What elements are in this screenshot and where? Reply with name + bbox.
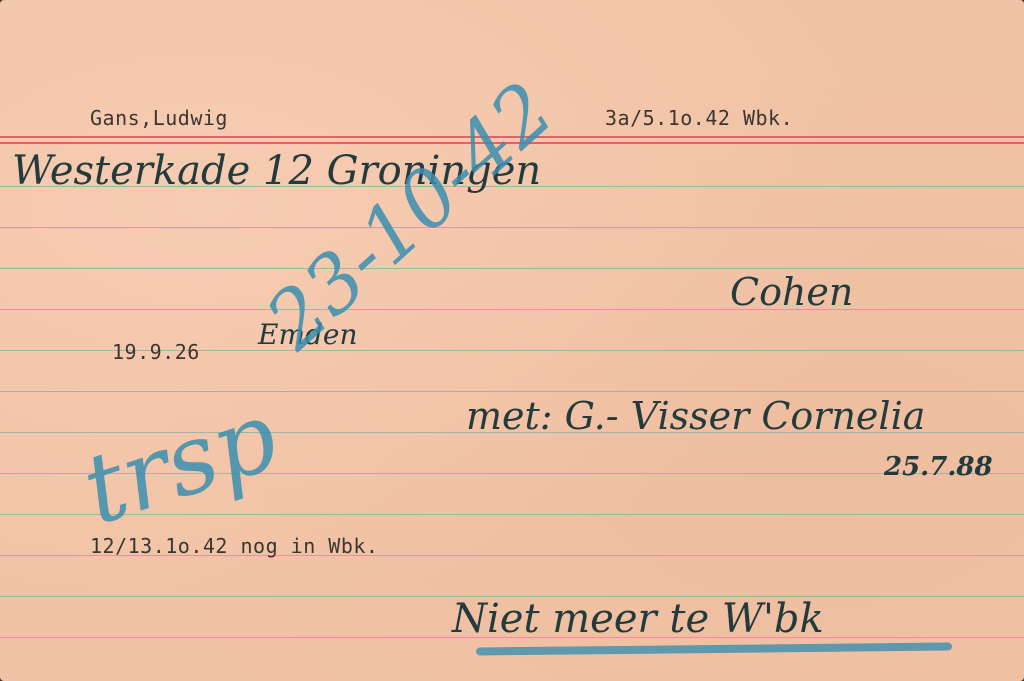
index-card: Gans,Ludwig 3a/5.1o.42 Wbk. 19.9.26 12/1…	[0, 0, 1024, 681]
typed-birth-date: 19.9.26	[112, 340, 200, 364]
typed-note: 12/13.1o.42 nog in Wbk.	[90, 534, 378, 558]
handwritten-relation-date: 25.7.88	[884, 452, 993, 482]
blue-rule	[0, 268, 1024, 269]
typed-registration: 3a/5.1o.42 Wbk.	[605, 106, 793, 130]
handwritten-surname-note: Cohen	[730, 270, 853, 314]
blue-rule	[0, 227, 1024, 228]
blue-rule	[0, 309, 1024, 310]
typed-name: Gans,Ludwig	[90, 106, 228, 130]
handwritten-bottom-note: Niet meer te W'bk	[452, 596, 824, 642]
blue-rule	[0, 391, 1024, 392]
handwritten-relation: met: G.- Visser Cornelia	[466, 394, 925, 438]
